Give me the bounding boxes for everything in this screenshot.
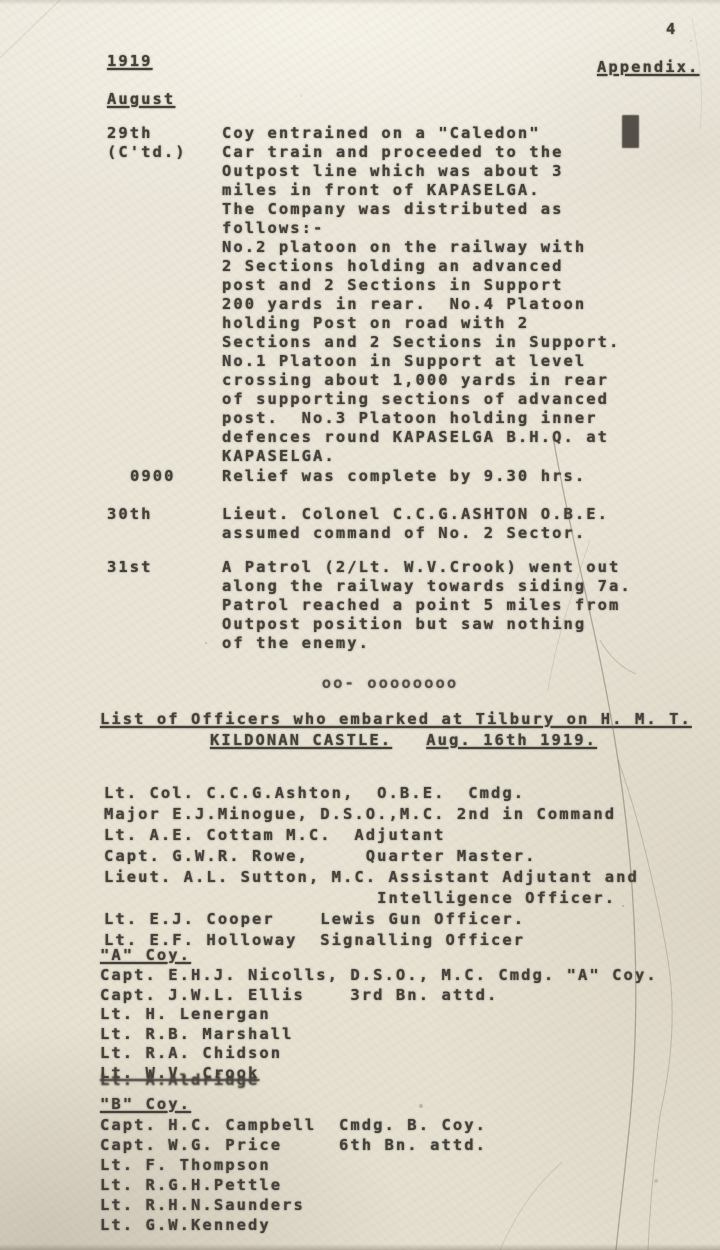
section-divider: oo- oooooooo: [110, 674, 670, 693]
scanned-war-diary-page: 4 1919 Appendix. August 29th (C'td.) Coy…: [0, 0, 720, 1250]
embarkation-date: Aug. 16th 1919.: [426, 731, 597, 749]
company-a-list: Capt. E.H.J. Nicolls, D.S.O., M.C. Cmdg.…: [100, 966, 658, 1083]
year-heading: 1919: [107, 52, 153, 71]
page-number: 4: [666, 20, 677, 39]
company-b-list: Capt. H.C. Campbell Cmdg. B. Coy. Capt. …: [100, 1115, 487, 1235]
struck-officer-name: Lt. A.Aldridge: [100, 1071, 259, 1090]
appendix-heading: Appendix.: [597, 58, 699, 77]
entry-body: Lieut. Colonel C.C.G.ASHTON O.B.E. assum…: [222, 505, 609, 543]
entry-time: 0900: [130, 467, 176, 486]
company-b-heading: "B" Coy.: [100, 1095, 191, 1114]
company-a-heading: "A" Coy.: [100, 946, 191, 965]
scan-artifact-bar: [622, 115, 639, 148]
entry-body: Coy entrained on a "Caledon" Car train a…: [222, 124, 620, 466]
entry-body: Relief was complete by 9.30 hrs.: [222, 467, 586, 486]
ship-name: KILDONAN CASTLE.: [210, 731, 392, 749]
entry-date: 31st: [107, 558, 153, 577]
month-heading: August: [107, 90, 175, 109]
officers-hq-list: Lt. Col. C.C.G.Ashton, O.B.E. Cmdg. Majo…: [104, 783, 639, 951]
entry-body: A Patrol (2/Lt. W.V.Crook) went out alon…: [222, 558, 632, 653]
entry-date: 30th: [107, 505, 153, 524]
spacer: [392, 731, 426, 749]
officers-list-subtitle: KILDONAN CASTLE. Aug. 16th 1919.: [210, 731, 597, 750]
scan-edge-top: [0, 0, 720, 5]
entry-date: 29th (C'td.): [107, 124, 187, 162]
scan-edge-bottom: [0, 1244, 720, 1250]
officers-list-title: List of Officers who embarked at Tilbury…: [100, 710, 692, 729]
